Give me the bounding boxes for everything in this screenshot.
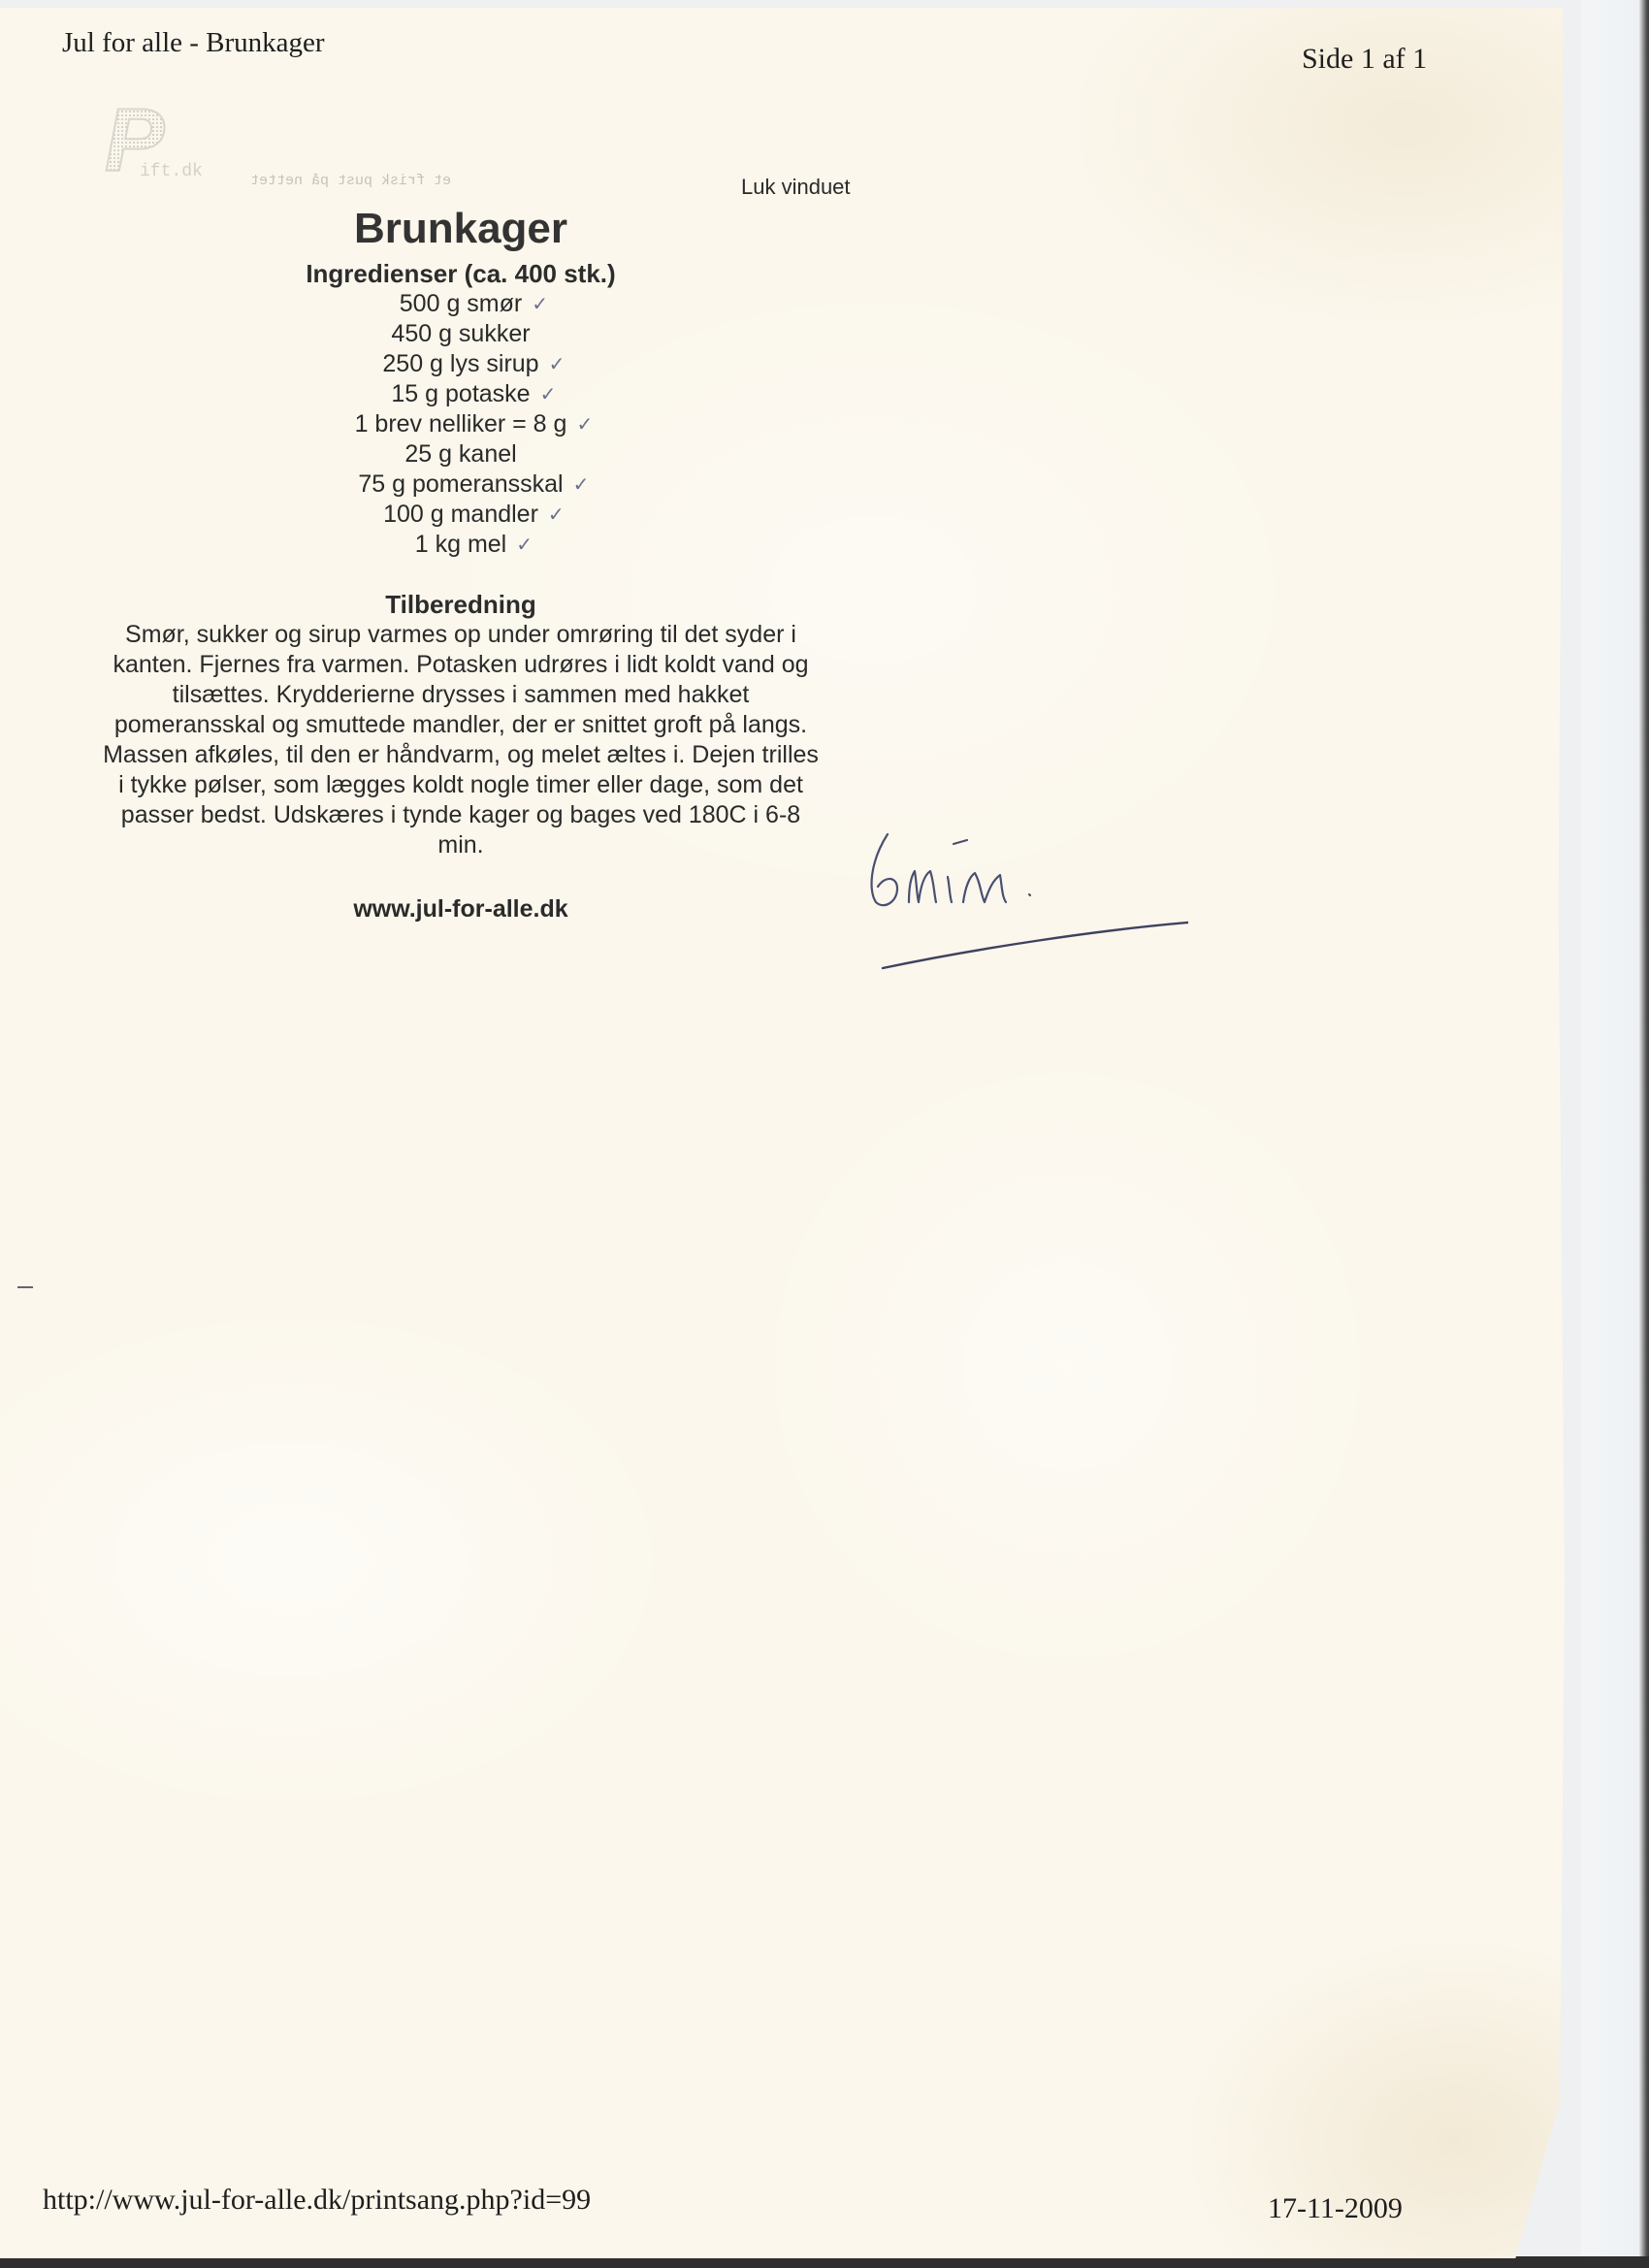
ingredient-text-wrap: 500 g smør✓: [400, 289, 522, 319]
check-mark-icon: ✓: [573, 470, 590, 500]
check-mark-icon: ✓: [548, 500, 565, 530]
ingredient-text: 1 brev nelliker = 8 g: [355, 410, 567, 437]
ingredient-text-wrap: 75 g pomeransskal✓: [358, 470, 563, 500]
ingredient-text-wrap: 15 g potaske✓: [391, 379, 530, 409]
close-window-link[interactable]: Luk vinduet: [741, 175, 851, 200]
logo-name: ift.dk: [140, 162, 203, 181]
method-line: Massen afkøles, til den er håndvarm, og …: [58, 740, 863, 770]
ingredient-item: 75 g pomeransskal✓: [58, 470, 863, 500]
ingredient-item: 25 g kanel: [58, 439, 863, 470]
logo-tagline: et frisk pust på nettet: [250, 173, 451, 189]
ingredient-text: 15 g potaske: [391, 380, 530, 407]
handwritten-note: 6 min.: [858, 813, 1188, 978]
method-line: passer bedst. Udskæres i tynde kager og …: [58, 800, 863, 830]
method-line: pomeransskal og smuttede mandler, der er…: [58, 710, 863, 740]
method-line: tilsættes. Krydderierne drysses i sammen…: [58, 680, 863, 710]
ingredient-text: 25 g kanel: [404, 440, 516, 468]
ingredient-text-wrap: 1 brev nelliker = 8 g✓: [355, 409, 567, 439]
site-link[interactable]: www.jul-for-alle.dk: [353, 895, 567, 923]
ingredient-text: 100 g mandler: [383, 501, 538, 528]
method-heading: Tilberedning: [58, 589, 863, 620]
print-page-indicator: Side 1 af 1: [1302, 43, 1427, 76]
ingredient-item: 450 g sukker: [58, 319, 863, 349]
recipe-title: Brunkager: [58, 202, 863, 256]
ingredient-item: 1 brev nelliker = 8 g✓: [58, 409, 863, 439]
scan-mark: [17, 1286, 33, 1288]
ingredient-item: 500 g smør✓: [58, 289, 863, 319]
method-text: Smør, sukker og sirup varmes op under om…: [58, 620, 863, 860]
ingredient-text: 500 g smør: [400, 290, 522, 317]
ingredient-text-wrap: 1 kg mel✓: [415, 530, 506, 560]
ingredient-text: 250 g lys sirup: [382, 350, 538, 377]
ingredient-item: 15 g potaske✓: [58, 379, 863, 409]
method-line: i tykke pølser, som lægges koldt nogle t…: [58, 770, 863, 800]
ingredient-text: 450 g sukker: [391, 320, 530, 347]
print-footer-date: 17-11-2009: [1268, 2192, 1403, 2225]
ingredient-item: 1 kg mel✓: [58, 530, 863, 560]
scanner-background: [1581, 0, 1649, 2268]
site-logo: P ift.dk: [97, 100, 242, 187]
printed-page: Jul for alle - Brunkager Side 1 af 1 P i…: [0, 8, 1587, 2258]
method-line: Smør, sukker og sirup varmes op under om…: [58, 620, 863, 650]
ingredients-list: 500 g smør✓450 g sukker250 g lys sirup✓1…: [58, 289, 863, 560]
check-mark-icon: ✓: [576, 409, 593, 439]
check-mark-icon: ✓: [516, 530, 533, 560]
ingredients-heading: Ingredienser (ca. 400 stk.): [58, 258, 863, 289]
method-line: kanten. Fjernes fra varmen. Potasken udr…: [58, 650, 863, 680]
check-mark-icon: ✓: [532, 289, 548, 319]
ingredient-text: 1 kg mel: [415, 531, 506, 558]
ingredient-text-wrap: 100 g mandler✓: [383, 500, 538, 530]
ingredient-text-wrap: 450 g sukker: [391, 319, 530, 349]
ingredient-item: 100 g mandler✓: [58, 500, 863, 530]
ingredient-text: 75 g pomeransskal: [358, 470, 563, 498]
check-mark-icon: ✓: [540, 379, 557, 409]
method-line: min.: [58, 830, 863, 860]
ingredient-item: 250 g lys sirup✓: [58, 349, 863, 379]
recipe: Brunkager Ingredienser (ca. 400 stk.) 50…: [58, 202, 863, 923]
ingredient-text-wrap: 25 g kanel: [404, 439, 516, 470]
print-footer-url: http://www.jul-for-alle.dk/printsang.php…: [43, 2184, 591, 2217]
ingredient-text-wrap: 250 g lys sirup✓: [382, 349, 538, 379]
print-header-title: Jul for alle - Brunkager: [62, 27, 325, 59]
check-mark-icon: ✓: [549, 349, 566, 379]
